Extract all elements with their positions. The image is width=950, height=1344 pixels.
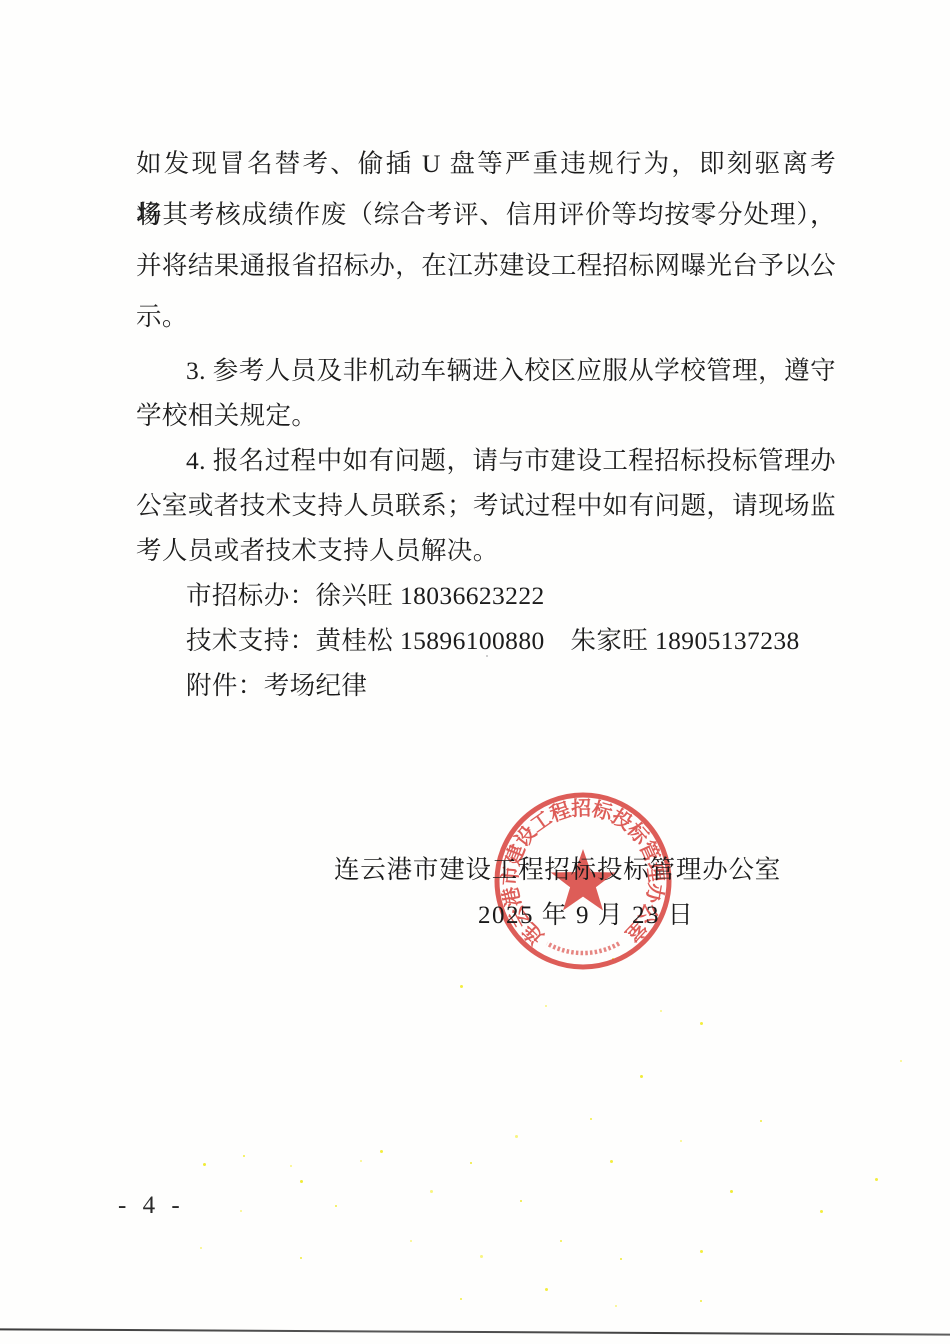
speckle bbox=[900, 1060, 902, 1062]
signature-organization: 连云港市建设工程招标投标管理办公室 bbox=[334, 850, 781, 886]
speckle bbox=[730, 1190, 733, 1193]
speckle bbox=[700, 1300, 702, 1302]
item-4-line: 考人员或者技术支持人员解决。 bbox=[136, 528, 836, 573]
speckle bbox=[470, 1162, 472, 1164]
speckle bbox=[290, 1165, 292, 1167]
body-line: 示。 bbox=[136, 291, 836, 342]
contact-line-bid-office: 市招标办：徐兴旺 18036623222 bbox=[136, 573, 836, 618]
speckle bbox=[200, 1247, 202, 1249]
speckle bbox=[590, 1118, 592, 1120]
page-number: - 4 - bbox=[118, 1192, 185, 1220]
speckle bbox=[610, 1160, 613, 1163]
speckle bbox=[460, 985, 463, 988]
speckle bbox=[430, 1190, 433, 1193]
speckle bbox=[335, 1205, 337, 1207]
speckle bbox=[300, 1180, 303, 1183]
scanned-document-page: 如发现冒名替考、偷插 U 盘等严重违规行为，即刻驱离考场， 将其考核成绩作废（综… bbox=[0, 0, 950, 1344]
speckle bbox=[520, 1200, 522, 1202]
speckle bbox=[875, 1178, 878, 1181]
document-body: 如发现冒名替考、偷插 U 盘等严重违规行为，即刻驱离考场， 将其考核成绩作废（综… bbox=[136, 138, 836, 708]
attachment-line: 附件：考场纪律 bbox=[136, 663, 836, 708]
speckle bbox=[380, 1150, 383, 1153]
item-3-line: 学校相关规定。 bbox=[136, 393, 836, 438]
speckle bbox=[203, 1163, 206, 1166]
speckle bbox=[460, 1298, 462, 1300]
speckle bbox=[700, 1022, 703, 1025]
item-4-line: 4. 报名过程中如有问题，请与市建设工程招标投标管理办 bbox=[136, 438, 836, 483]
seal-serial-marks bbox=[547, 943, 619, 953]
speckle bbox=[640, 1075, 643, 1078]
scan-bottom-edge bbox=[0, 1328, 950, 1335]
speckle bbox=[760, 1120, 762, 1122]
speckle bbox=[545, 1288, 548, 1291]
speckle bbox=[486, 655, 488, 657]
speckle bbox=[410, 1240, 412, 1242]
body-line: 如发现冒名替考、偷插 U 盘等严重违规行为，即刻驱离考场， bbox=[136, 138, 836, 189]
speckle bbox=[820, 1210, 823, 1213]
speckle bbox=[243, 1155, 245, 1157]
speckle bbox=[480, 1255, 483, 1258]
item-3-line: 3. 参考人员及非机动车辆进入校区应服从学校管理，遵守 bbox=[136, 348, 836, 393]
body-line: 将其考核成绩作废（综合考评、信用评价等均按零分处理）， bbox=[136, 189, 836, 240]
speckle bbox=[300, 1257, 302, 1259]
speckle bbox=[240, 1210, 242, 1212]
speckle bbox=[560, 1240, 562, 1242]
speckle bbox=[360, 1160, 362, 1162]
speckle bbox=[515, 1135, 518, 1138]
speckle bbox=[700, 1250, 703, 1253]
signature-date: 2025 年 9 月 23 日 bbox=[478, 895, 694, 931]
speckle bbox=[680, 1140, 682, 1142]
item-4-line: 公室或者技术支持人员联系；考试过程中如有问题，请现场监 bbox=[136, 483, 836, 528]
body-line: 并将结果通报省招标办，在江苏建设工程招标网曝光台予以公 bbox=[136, 240, 836, 291]
speckle bbox=[660, 1010, 662, 1012]
speckle bbox=[545, 1005, 547, 1007]
speckle bbox=[620, 1258, 622, 1260]
speckle bbox=[615, 1305, 617, 1307]
